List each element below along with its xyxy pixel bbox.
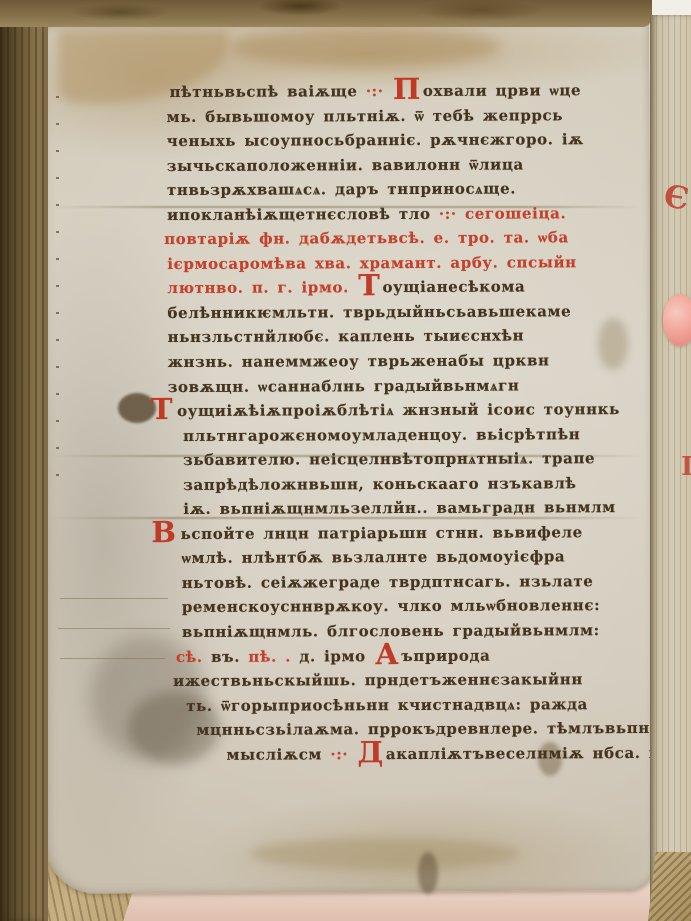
text-segment: ченыхь ысоупносьбранніє. рѫчнєжгоро. іѫ: [167, 130, 584, 150]
rubric-segment: ·:· сегошеіца.: [439, 204, 566, 223]
rubric-initial: Т: [151, 392, 173, 426]
rubric-segment: ·:·: [366, 82, 392, 100]
text-segment: ньтовѣ. сеіѫжеграде тврдптнсагь. нзьлате: [182, 572, 594, 592]
text-line: пльтнгарожєномоумладенцоу. вьісрѣтпѣн: [163, 422, 649, 449]
text-line: зычьскаположенніи. вавилонн ѿлица: [162, 152, 648, 179]
text-line: ньтовѣ. сеіѫжеграде тврдптнсагь. нзьлате: [164, 569, 650, 596]
text-segment: пльтнгарожєномоумладенцоу. вьісрѣтпѣн: [183, 425, 580, 445]
ruling-line: [60, 598, 168, 599]
rubric-segment: лютнво. п. г. ірмо.: [167, 279, 357, 298]
text-segment: ьспойте лнцн патріарьшн стнн. вьвифеле: [181, 523, 583, 543]
text-line: ѡмлѣ. нлѣнтбѫ вьзлалнте вьдомоуієфра: [164, 544, 650, 571]
text-segment: ипокланѣіѫщетнєсловѣ тло: [167, 205, 439, 224]
text-segment: ижествьньскыйшь. прндетъженнєзакыйнн: [173, 670, 583, 690]
manuscript-text-block: пѣтньвьспѣ ваіѫще ·:· Похвали црви ѡцемь…: [162, 78, 651, 767]
rubric-initial: Д: [357, 735, 384, 769]
text-line: вьпніѫщнмль. блгословень градыйвьнмлм:: [164, 618, 650, 645]
book-top-edge: [0, 0, 652, 27]
text-segment: белѣнникѥмльтн. тврьдыйньсьавьшекаме: [167, 302, 571, 322]
fore-edge-letter-fragment: П: [681, 452, 691, 482]
text-line: повтаріѫ фн. дабѫдетьвсѣ. е. тро. та. ѡб…: [162, 225, 648, 252]
text-line: ченыхь ысоупносьбранніє. рѫчнєжгоро. іѫ: [162, 127, 648, 154]
rubric-initial: В: [151, 515, 176, 549]
text-line: тнвьзрѫхвашѧсѧ. даръ тнприносѧще.: [162, 176, 648, 203]
text-segment: оущиіѫѣіѫпроіѫблѣтіѧ жнзный ісоис тоуннк…: [177, 400, 620, 420]
ruling-line: [60, 658, 165, 659]
text-line: мцнньсзьілаѫма. пррокъдревнлере. тѣмлъвь…: [164, 716, 650, 743]
text-line: запрѣдѣложнвьшн, коньскааго нзъкавлѣ: [163, 471, 649, 498]
fore-edge-letter: Є: [661, 178, 691, 217]
text-line: сѣ. въ. пѣ. . д. ірмо Аъприрода: [164, 643, 650, 670]
rubric-segment: пѣ. .: [248, 647, 299, 665]
text-line: ременскоусннврѫкоу. члко мльѡбновленнє:: [164, 593, 650, 620]
text-line: Вьспойте лнцн патріарьшн стнн. вьвифеле: [163, 520, 649, 547]
text-line: зовѫщн. ѡсаннаблнь градыйвьнмѧгн: [163, 373, 649, 400]
rubric-initial: П: [393, 72, 421, 106]
ruling-line: [58, 628, 170, 629]
text-segment: зовѫщн. ѡсаннаблнь градыйвьнмѧгн: [168, 376, 520, 396]
text-segment: жнзнь. нанеммжеоу тврьженабы црквн: [168, 351, 550, 371]
text-line: іѫ. вьпніѫщнмльзеллйн.. вамьградн вьнмлм: [163, 495, 649, 522]
text-line: мь. бывьшомоу пльтніѫ. ѿ тебѣ жепррсь: [162, 102, 648, 129]
text-line: ипокланѣіѫщетнєсловѣ тло ·:· сегошеіца.: [162, 201, 648, 228]
text-line: мысліѫсм ·:· Дакапліѫтъвеселнміѫ нбса. н…: [164, 741, 650, 768]
text-segment: мысліѫсм: [226, 745, 330, 763]
photo-scene: пѣтньвьспѣ ваіѫще ·:· Похвали црви ѡцемь…: [0, 0, 691, 921]
text-segment: ременскоусннврѫкоу. члко мльѡбновленнє:: [182, 597, 601, 617]
text-segment: мь. бывьшомоу пльтніѫ. ѿ тебѣ жепррсь: [167, 106, 563, 126]
rubric-initial: Т: [358, 268, 380, 302]
book-spine-leaves-left: [0, 4, 48, 921]
text-segment: охвали црви ѡце: [423, 81, 581, 100]
text-line: ньнзльстнйлюбє. каплень тыиєснхѣн: [163, 323, 649, 350]
text-segment: оущіанесѣкома: [382, 278, 525, 297]
text-segment: въ.: [211, 647, 248, 665]
rubric-segment: повтаріѫ фн. дабѫдетьвсѣ. е. тро. та. ѡб…: [164, 229, 569, 249]
text-segment: ѡмлѣ. нлѣнтбѫ вьзлалнте вьдомоуієфра: [182, 548, 566, 568]
text-line: Тоущиіѫѣіѫпроіѫблѣтіѧ жнзный ісоис тоунн…: [163, 397, 649, 424]
pricking-marks: [56, 96, 59, 486]
text-segment: д. ірмо: [299, 647, 374, 665]
text-segment: зьбавителю. неісцелнвѣтопрнѧтныіѧ. трапе: [183, 449, 595, 469]
text-segment: акапліѫтъвеселнміѫ нбса. ндѫ: [386, 744, 687, 763]
text-segment: іѫ. вьпніѫщнмльзеллйн.. вамьградн вьнмлм: [183, 498, 615, 518]
text-line: лютнво. п. г. ірмо. Тоущіанесѣкома: [162, 274, 648, 301]
text-line: ієрмосаромѣва хва. храмант. арбу. спсыйн: [162, 250, 648, 277]
rubric-initial: А: [375, 637, 399, 671]
pink-seal-blob: [663, 294, 691, 346]
text-segment: зычьскаположенніи. вавилонн ѿлица: [167, 155, 524, 175]
text-line: ть. ѿгорыприосѣньнн кчистнадвцѧ: ражда: [164, 692, 650, 719]
rubric-segment: ·:·: [330, 745, 356, 763]
text-segment: тнвьзрѫхвашѧсѧ. даръ тнприносѧще.: [167, 180, 516, 200]
text-segment: ть. ѿгорыприосѣньнн кчистнадвцѧ: ражда: [186, 695, 588, 715]
text-segment: ъприрода: [401, 646, 490, 664]
text-segment: ньнзльстнйлюбє. каплень тыиєснхѣн: [168, 327, 525, 347]
text-segment: мцнньсзьілаѫма. пррокъдревнлере. тѣмлъвь…: [196, 719, 665, 739]
text-line: жнзнь. нанеммжеоу тврьженабы црквн: [163, 348, 649, 375]
text-line: ижествьньскыйшь. прндетъженнєзакыйнн: [164, 667, 650, 694]
text-line: зьбавителю. неісцелнвѣтопрнѧтныіѧ. трапе: [163, 446, 649, 473]
text-line: белѣнникѥмльтн. тврьдыйньсьавьшекаме: [162, 299, 648, 326]
text-segment: запрѣдѣложнвьшн, коньскааго нзъкавлѣ: [183, 474, 576, 494]
rubric-segment: сѣ.: [176, 647, 211, 665]
text-segment: пѣтньвьспѣ ваіѫще: [170, 82, 366, 101]
text-line: пѣтньвьспѣ ваіѫще ·:· Похвали црви ѡце: [162, 78, 648, 105]
